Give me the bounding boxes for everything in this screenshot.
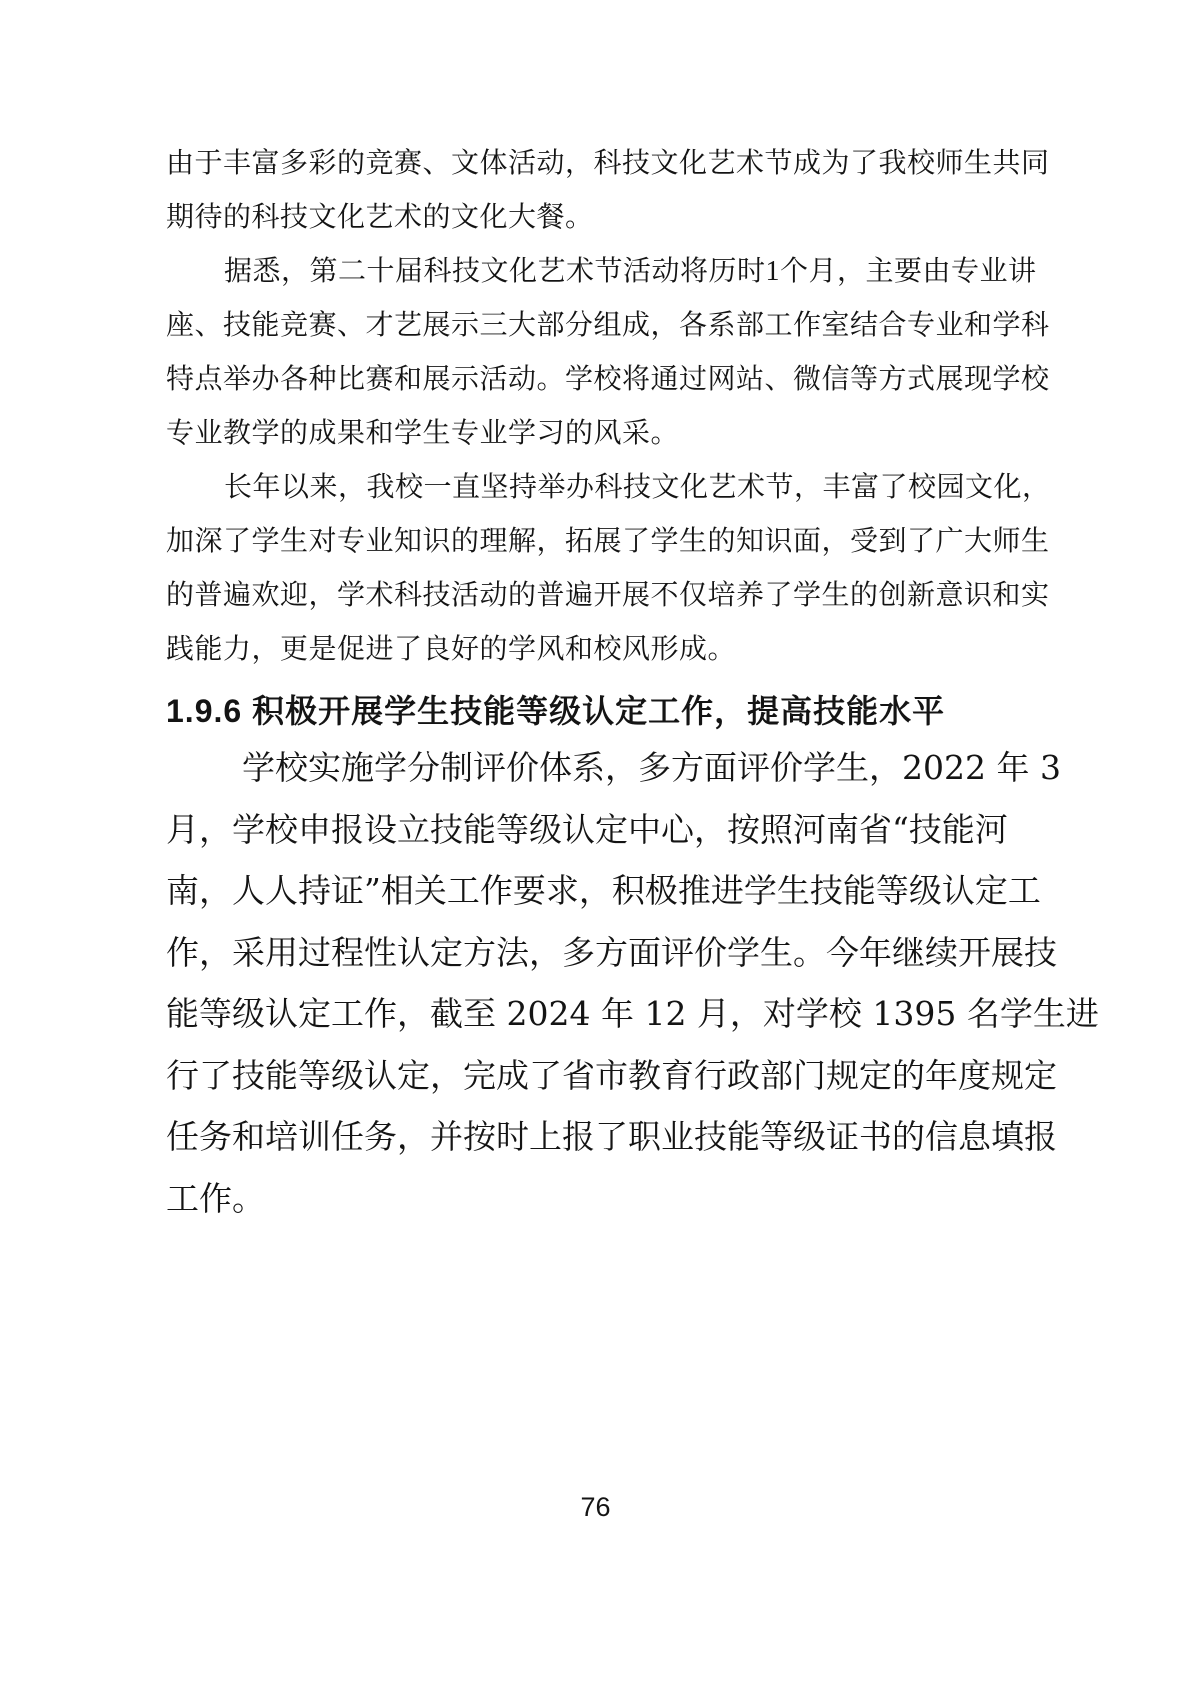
paragraph-skill-level-certification: 学校实施学分制评价体系，多方面评价学生，2022 年 3 月，学校申报设立技能等… <box>166 737 1046 1229</box>
text-line: 由于丰富多彩的竞赛、文体活动，科技文化艺术节成为了我校师生共同 <box>166 137 1046 191</box>
page-number: 76 <box>0 1492 1191 1523</box>
text-line: 行了技能等级认定，完成了省市教育行政部门规定的年度规定 <box>166 1045 1046 1107</box>
document-page: 由于丰富多彩的竞赛、文体活动，科技文化艺术节成为了我校师生共同 期待的科技文化艺… <box>0 0 1191 1684</box>
text-line: 作，采用过程性认定方法，多方面评价学生。今年继续开展技 <box>166 922 1046 984</box>
text-line: 月，学校申报设立技能等级认定中心，按照河南省“技能河 <box>166 799 1046 861</box>
text-line: 任务和培训任务，并按时上报了职业技能等级证书的信息填报 <box>166 1106 1046 1168</box>
text-line: 工作。 <box>166 1168 1046 1230</box>
text-line: 期待的科技文化艺术的文化大餐。 <box>166 191 1046 245</box>
text-line: 南，人人持证”相关工作要求，积极推进学生技能等级认定工 <box>166 860 1046 922</box>
page-content: 由于丰富多彩的竞赛、文体活动，科技文化艺术节成为了我校师生共同 期待的科技文化艺… <box>166 137 1046 1229</box>
text-line: 专业教学的成果和学生专业学习的风采。 <box>166 407 1046 461</box>
paragraph-art-festival-history: 长年以来，我校一直坚持举办科技文化艺术节，丰富了校园文化， 加深了学生对专业知识… <box>166 461 1046 677</box>
text-line: 长年以来，我校一直坚持举办科技文化艺术节，丰富了校园文化， <box>166 461 1046 515</box>
text-line: 能等级认定工作，截至 2024 年 12 月，对学校 1395 名学生进 <box>166 983 1046 1045</box>
text-line: 座、技能竞赛、才艺展示三大部分组成，各系部工作室结合专业和学科 <box>166 299 1046 353</box>
text-line: 的普遍欢迎，学术科技活动的普遍开展不仅培养了学生的创新意识和实 <box>166 569 1046 623</box>
text-line: 践能力，更是促进了良好的学风和校风形成。 <box>166 623 1046 677</box>
text-line: 据悉，第二十届科技文化艺术节活动将历时1个月，主要由专业讲 <box>166 245 1046 299</box>
text-line: 特点举办各种比赛和展示活动。学校将通过网站、微信等方式展现学校 <box>166 353 1046 407</box>
section-heading-1-9-6: 1.9.6 积极开展学生技能等级认定工作，提高技能水平 <box>166 685 1046 737</box>
paragraph-art-festival-overview: 据悉，第二十届科技文化艺术节活动将历时1个月，主要由专业讲 座、技能竞赛、才艺展… <box>166 245 1046 461</box>
text-line: 加深了学生对专业知识的理解，拓展了学生的知识面，受到了广大师生 <box>166 515 1046 569</box>
paragraph-continued-from-previous-page: 由于丰富多彩的竞赛、文体活动，科技文化艺术节成为了我校师生共同 期待的科技文化艺… <box>166 137 1046 245</box>
text-line: 学校实施学分制评价体系，多方面评价学生，2022 年 3 <box>166 737 1046 799</box>
